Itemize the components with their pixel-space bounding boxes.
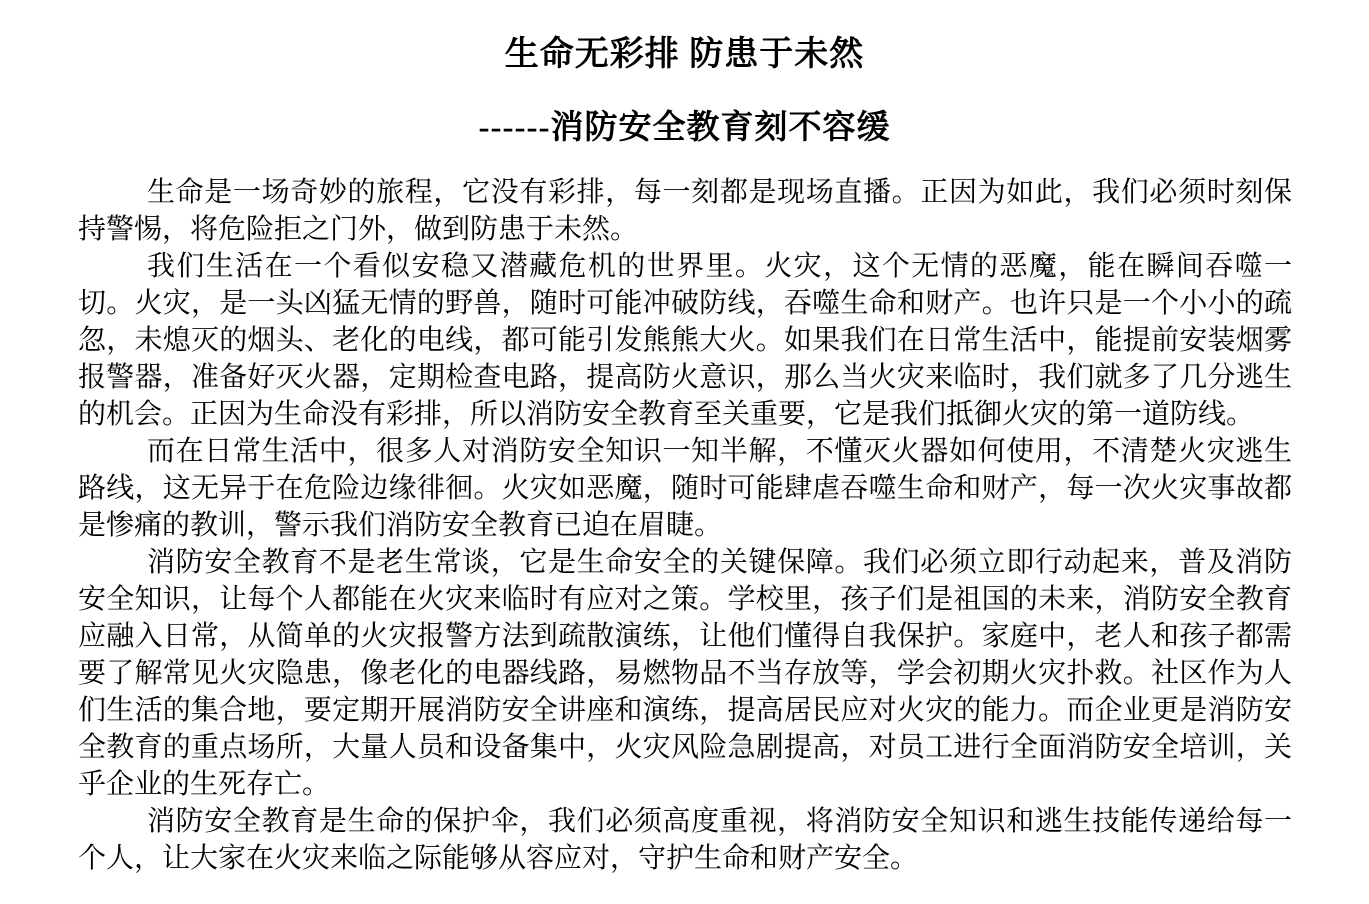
paragraph: 消防安全教育是生命的保护伞，我们必须高度重视，将消防安全知识和逃生技能传递给每一… bbox=[78, 803, 1292, 877]
document-page: 生命无彩排 防患于未然 ------消防安全教育刻不容缓 生命是一场奇妙的旅程，… bbox=[0, 0, 1369, 904]
paragraph: 消防安全教育不是老生常谈，它是生命安全的关键保障。我们必须立即行动起来，普及消防… bbox=[78, 544, 1292, 803]
page-title: 生命无彩排 防患于未然 bbox=[0, 36, 1369, 74]
paragraph: 而在日常生活中，很多人对消防安全知识一知半解，不懂灭火器如何使用，不清楚火灾逃生… bbox=[78, 433, 1292, 544]
paragraph: 生命是一场奇妙的旅程，它没有彩排，每一刻都是现场直播。正因为如此，我们必须时刻保… bbox=[78, 174, 1292, 248]
document-body: 生命是一场奇妙的旅程，它没有彩排，每一刻都是现场直播。正因为如此，我们必须时刻保… bbox=[78, 174, 1292, 877]
paragraph: 我们生活在一个看似安稳又潜藏危机的世界里。火灾，这个无情的恶魔，能在瞬间吞噬一切… bbox=[78, 248, 1292, 433]
page-subtitle: ------消防安全教育刻不容缓 bbox=[0, 110, 1369, 146]
